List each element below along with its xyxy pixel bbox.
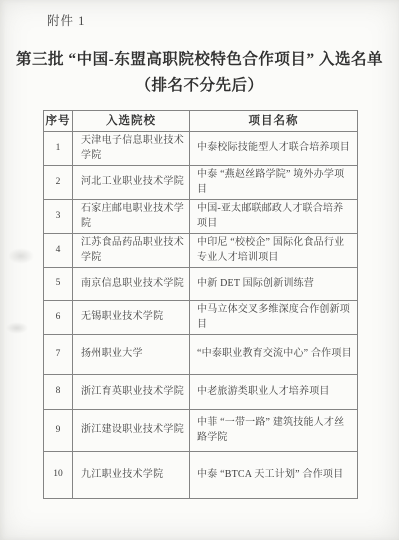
header-project-name: 项目名称 bbox=[190, 111, 358, 132]
title-line-1: 第三批 “中国-东盟高职院校特色合作项目” 入选名单 bbox=[16, 51, 383, 68]
institution-cell: 浙江建设职业技术学院 bbox=[73, 410, 190, 452]
serial-number-cell: 6 bbox=[44, 301, 73, 335]
institution-cell: 石家庄邮电职业技术学院 bbox=[73, 200, 190, 234]
serial-number-cell: 7 bbox=[44, 335, 73, 375]
serial-number-cell: 3 bbox=[44, 200, 73, 234]
scan-smudge bbox=[6, 322, 28, 334]
table-row: 5南京信息职业技术学院中新 DET 国际创新训练营 bbox=[44, 268, 358, 301]
document-title: 第三批 “中国-东盟高职院校特色合作项目” 入选名单 （排名不分先后） bbox=[0, 47, 399, 99]
project-name-cell: “中泰职业教育交流中心” 合作项目 bbox=[190, 335, 358, 375]
title-line-2: （排名不分先后） bbox=[135, 77, 263, 94]
institution-cell: 河北工业职业技术学院 bbox=[73, 166, 190, 200]
institution-cell: 南京信息职业技术学院 bbox=[73, 268, 190, 301]
project-name-cell: 中国-亚太邮联邮政人才联合培养项目 bbox=[190, 200, 358, 234]
project-name-cell: 中新 DET 国际创新训练营 bbox=[190, 268, 358, 301]
institution-cell: 无锡职业技术学院 bbox=[73, 301, 190, 335]
serial-number-cell: 9 bbox=[44, 410, 73, 452]
table-row: 6无锡职业技术学院中马立体交叉多维深度合作创新项目 bbox=[44, 301, 358, 335]
table-row: 10九江职业技术学院中泰 “BTCA 天工计划” 合作项目 bbox=[44, 452, 358, 499]
institution-cell: 天津电子信息职业技术学院 bbox=[73, 132, 190, 166]
serial-number-cell: 8 bbox=[44, 375, 73, 410]
selection-table: 序号 入选院校 项目名称 1天津电子信息职业技术学院中泰校际技能型人才联合培养项… bbox=[43, 110, 358, 499]
institution-cell: 江苏食品药品职业技术学院 bbox=[73, 234, 190, 268]
project-name-cell: 中菲 “一带一路” 建筑技能人才丝路学院 bbox=[190, 410, 358, 452]
table-row: 3石家庄邮电职业技术学院中国-亚太邮联邮政人才联合培养项目 bbox=[44, 200, 358, 234]
project-name-cell: 中老旅游类职业人才培养项目 bbox=[190, 375, 358, 410]
attachment-label: 附件 1 bbox=[47, 11, 85, 29]
header-institution: 入选院校 bbox=[73, 111, 190, 132]
serial-number-cell: 5 bbox=[44, 268, 73, 301]
table-row: 4江苏食品药品职业技术学院中印尼 “校校企” 国际化食品行业专业人才培训项目 bbox=[44, 234, 358, 268]
project-name-cell: 中印尼 “校校企” 国际化食品行业专业人才培训项目 bbox=[190, 234, 358, 268]
scan-smudge bbox=[8, 248, 34, 264]
table-row: 9浙江建设职业技术学院中菲 “一带一路” 建筑技能人才丝路学院 bbox=[44, 410, 358, 452]
header-serial-number: 序号 bbox=[44, 111, 73, 132]
serial-number-cell: 10 bbox=[44, 452, 73, 499]
institution-cell: 浙江育英职业技术学院 bbox=[73, 375, 190, 410]
table-header-row: 序号 入选院校 项目名称 bbox=[44, 111, 358, 132]
table-row: 8浙江育英职业技术学院中老旅游类职业人才培养项目 bbox=[44, 375, 358, 410]
table-row: 1天津电子信息职业技术学院中泰校际技能型人才联合培养项目 bbox=[44, 132, 358, 166]
serial-number-cell: 4 bbox=[44, 234, 73, 268]
project-name-cell: 中泰 “BTCA 天工计划” 合作项目 bbox=[190, 452, 358, 499]
serial-number-cell: 2 bbox=[44, 166, 73, 200]
institution-cell: 扬州职业大学 bbox=[73, 335, 190, 375]
table-row: 7扬州职业大学“中泰职业教育交流中心” 合作项目 bbox=[44, 335, 358, 375]
table-row: 2河北工业职业技术学院中泰 “燕赵丝路学院” 境外办学项目 bbox=[44, 166, 358, 200]
project-name-cell: 中泰 “燕赵丝路学院” 境外办学项目 bbox=[190, 166, 358, 200]
institution-cell: 九江职业技术学院 bbox=[73, 452, 190, 499]
project-name-cell: 中泰校际技能型人才联合培养项目 bbox=[190, 132, 358, 166]
project-name-cell: 中马立体交叉多维深度合作创新项目 bbox=[190, 301, 358, 335]
serial-number-cell: 1 bbox=[44, 132, 73, 166]
